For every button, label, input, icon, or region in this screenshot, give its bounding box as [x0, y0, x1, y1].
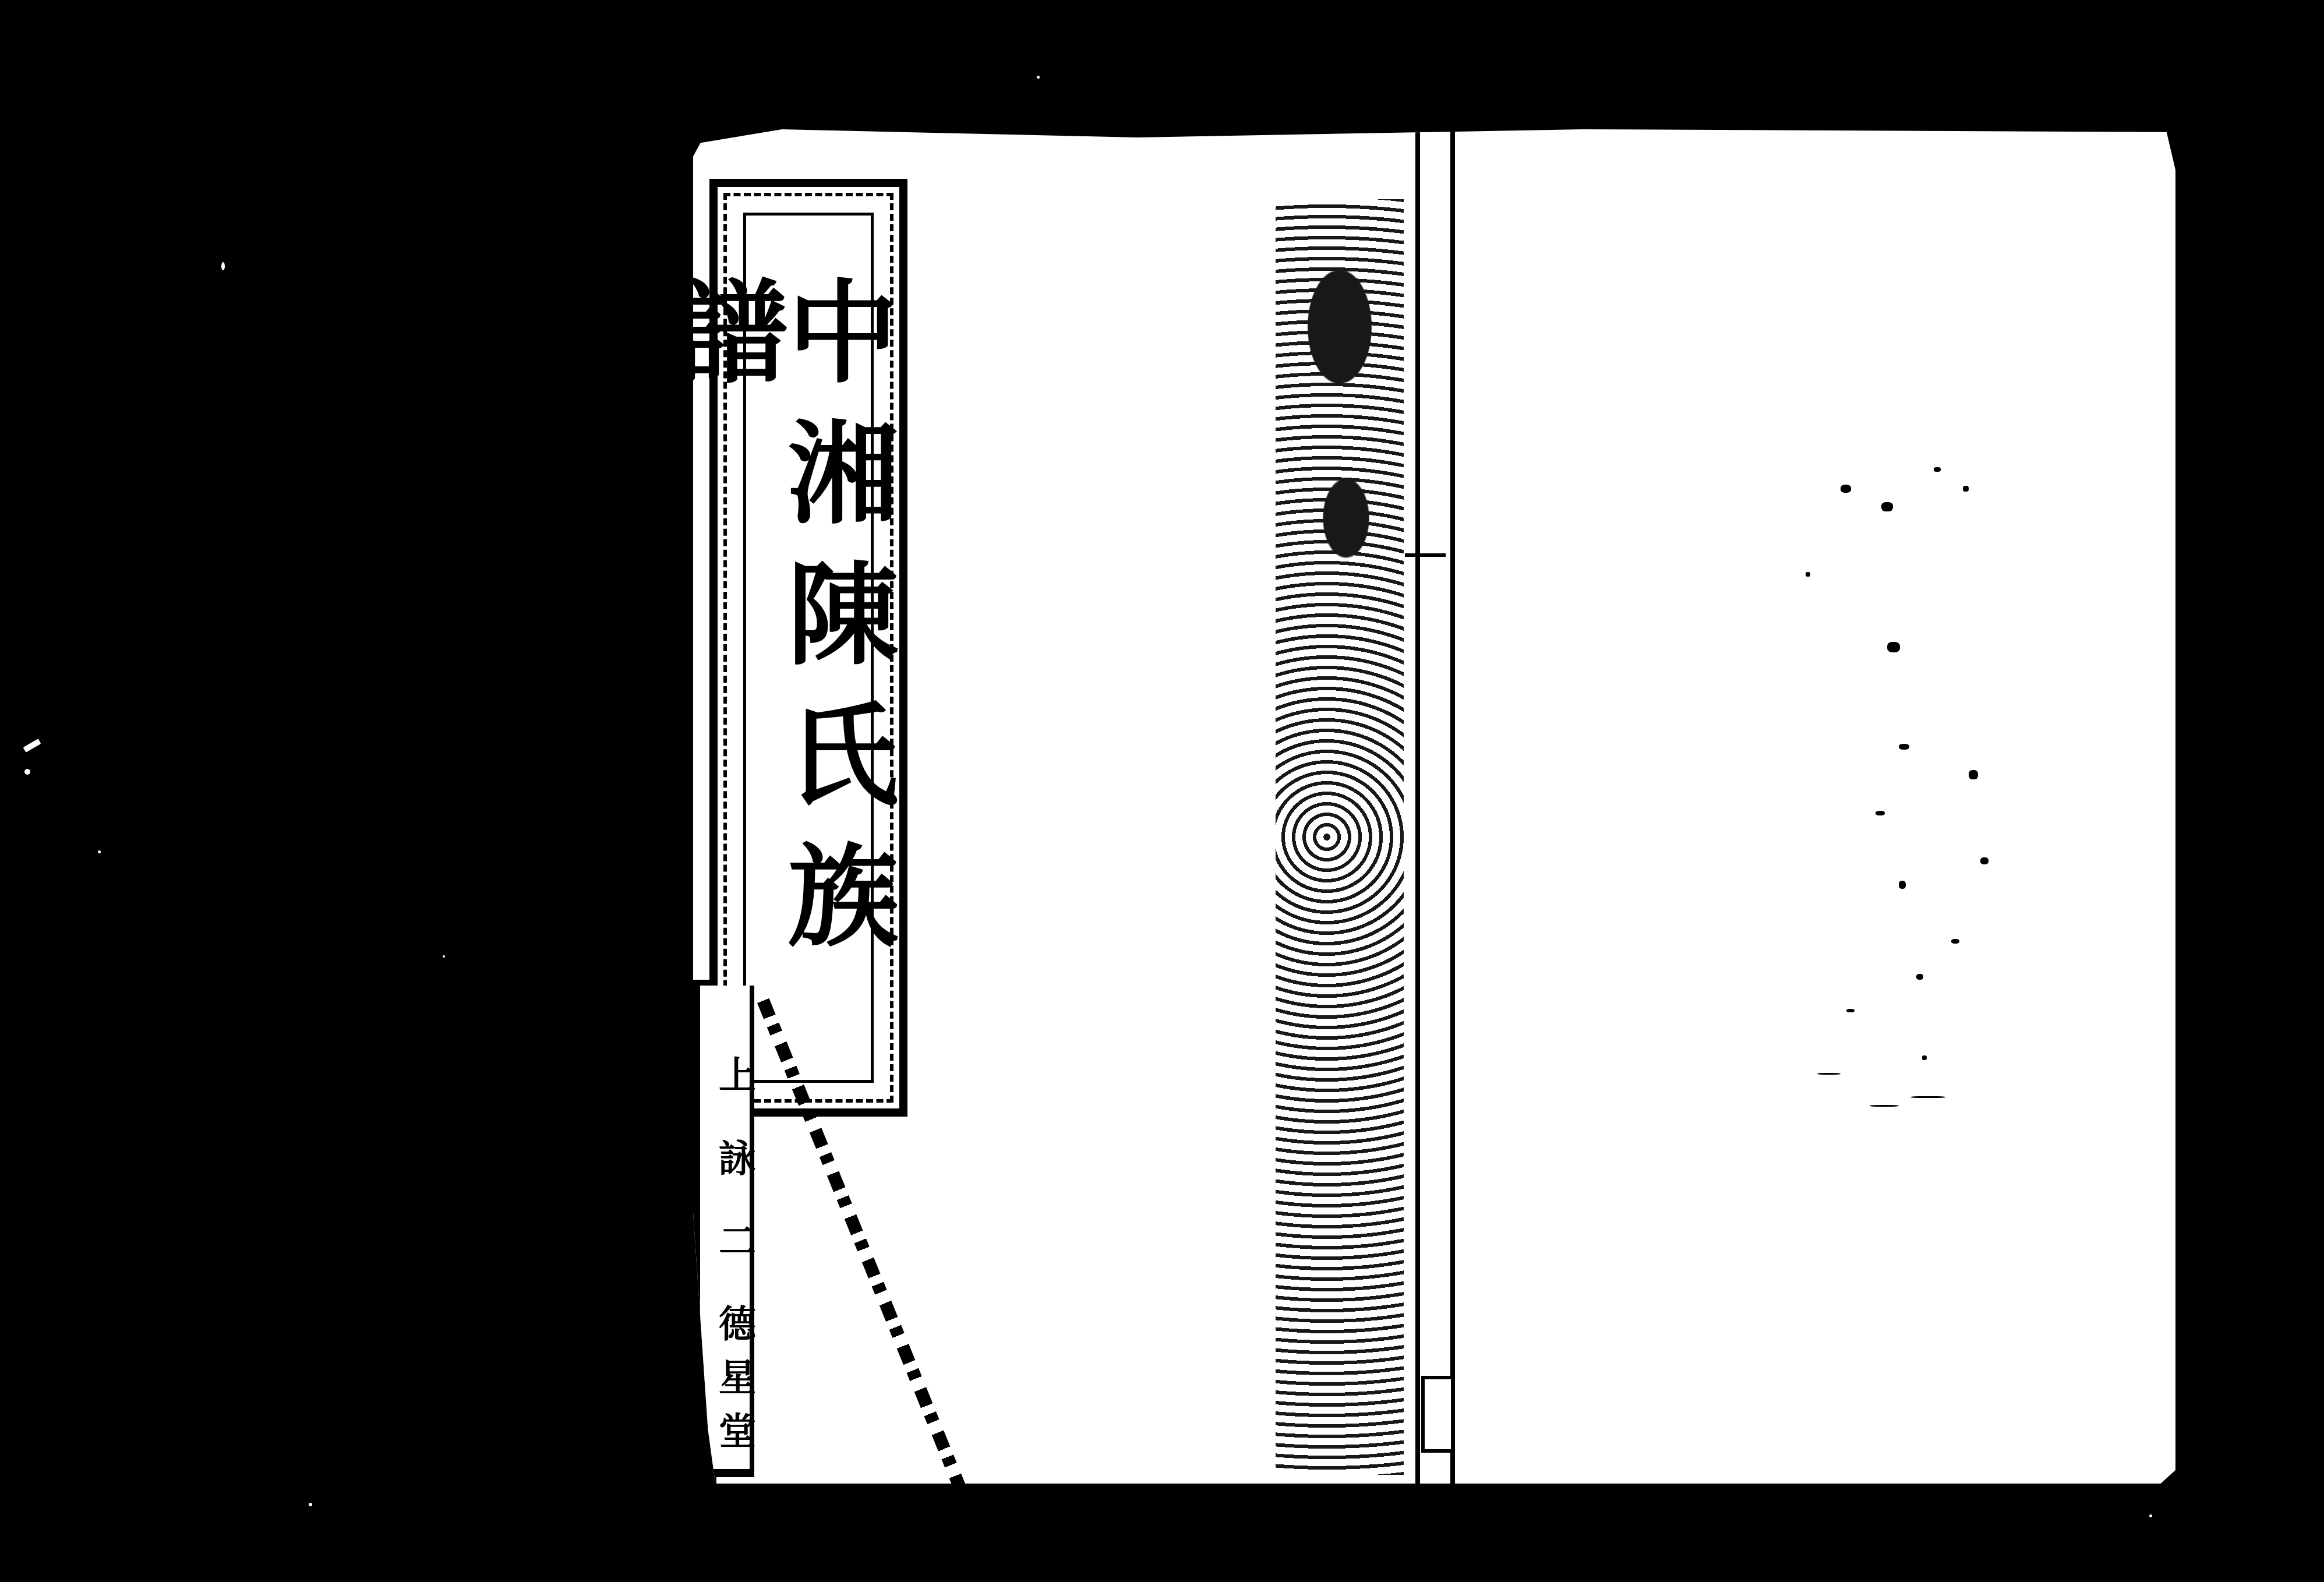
- ink-spot: [1910, 1096, 1945, 1098]
- ink-spot: [1899, 744, 1909, 750]
- ink-spot: [1899, 881, 1906, 889]
- ink-spot: [1870, 1105, 1899, 1107]
- dust-speck: [23, 739, 41, 753]
- ink-spot: [1887, 642, 1900, 652]
- ink-spot: [1963, 486, 1969, 492]
- dust-speck: [221, 262, 225, 270]
- spine-binding-box: [1421, 1376, 1454, 1453]
- volume-side-label: 上 詠 二 德星堂: [700, 986, 754, 1477]
- ink-spot: [1969, 770, 1978, 779]
- dust-speck: [2149, 1514, 2152, 1517]
- right-blank-page: [1468, 129, 2175, 1484]
- ink-spot: [1951, 939, 1959, 944]
- ink-spot: [1846, 1009, 1855, 1012]
- book-spread: 中湘陳氏族譜 上 詠 二 德星堂: [693, 129, 2175, 1484]
- ink-spot: [1881, 502, 1893, 511]
- spine-line-left: [1415, 129, 1420, 1484]
- ink-spot: [1980, 857, 1989, 864]
- dust-speck: [24, 769, 30, 775]
- ink-spot: [1806, 572, 1810, 577]
- binding-stain: [1276, 199, 1404, 1475]
- dust-speck: [98, 850, 101, 853]
- volume-label-text: 上 詠 二 德星堂: [707, 1055, 761, 1465]
- dust-speck: [309, 1503, 312, 1506]
- ink-spot: [1916, 974, 1923, 980]
- ink-spot: [1841, 485, 1851, 493]
- ink-spot: [1817, 1073, 1841, 1075]
- spine-binding-notch: [1405, 553, 1446, 557]
- book-title: 中湘陳氏族譜: [773, 274, 889, 1108]
- title-label-frame: 中湘陳氏族譜: [709, 179, 907, 1117]
- ink-spot: [1922, 1055, 1927, 1060]
- ink-spot: [1934, 467, 1941, 472]
- ink-spot: [1876, 811, 1885, 815]
- dust-speck: [443, 955, 445, 958]
- spine-line-right: [1450, 129, 1455, 1484]
- dust-speck: [1037, 76, 1040, 79]
